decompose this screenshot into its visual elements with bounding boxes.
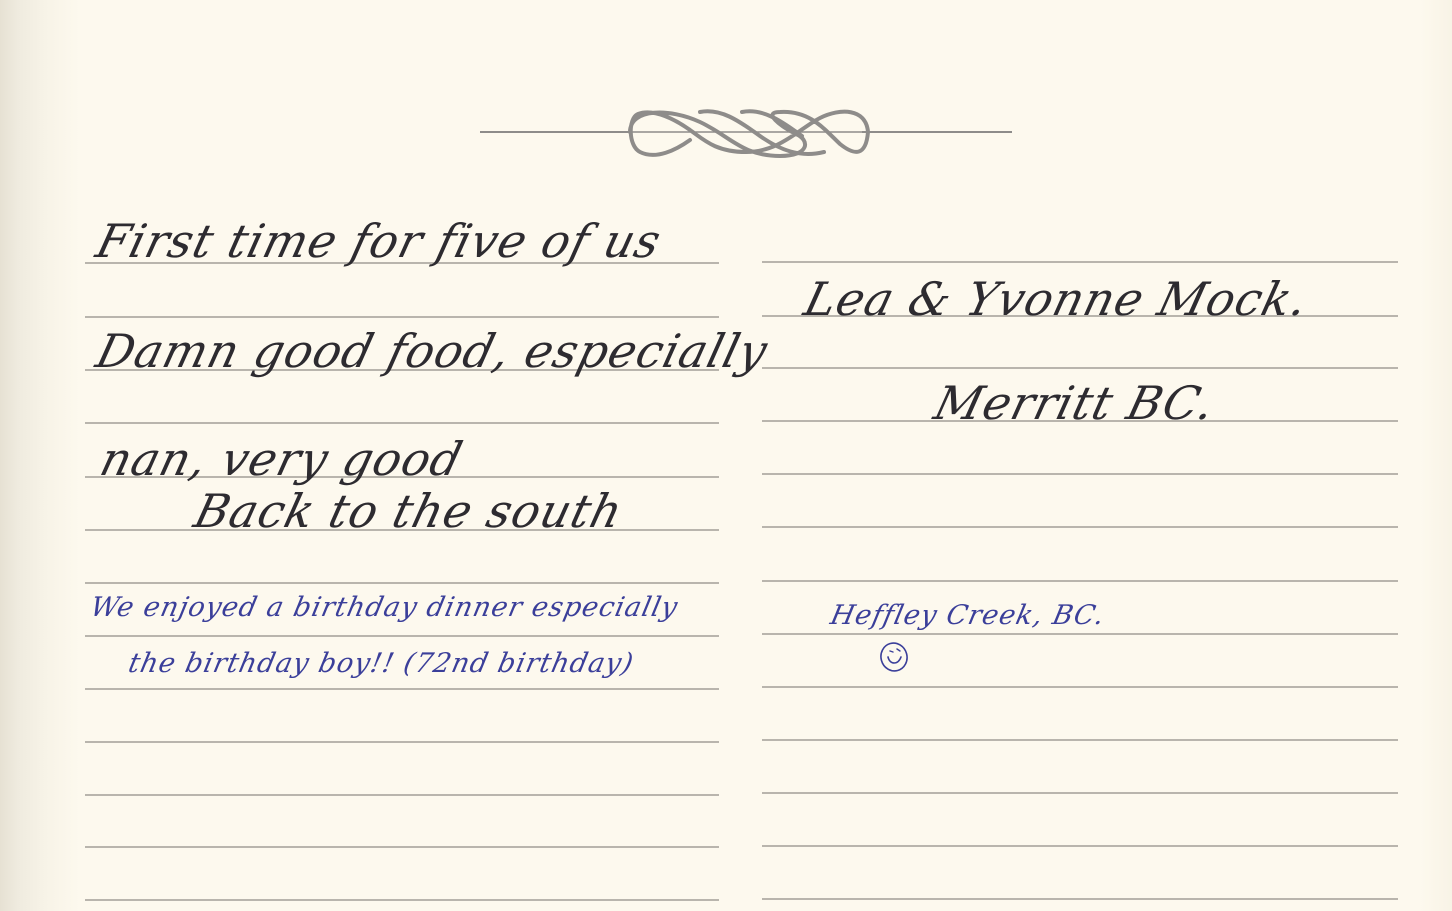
entry-1-comment-line-1: First time for five of us <box>92 218 666 264</box>
ruled-line <box>762 367 1398 369</box>
ruled-line <box>85 635 719 637</box>
entry-1-location: Merritt BC. <box>930 380 1220 426</box>
ruled-line <box>85 794 719 796</box>
ruled-line <box>85 741 719 743</box>
entry-1-comment-line-3: nan, very good <box>96 436 467 482</box>
ruled-line <box>762 580 1398 582</box>
ruled-line <box>762 473 1398 475</box>
entry-2-location: Heffley Creek, BC. <box>828 602 1107 629</box>
right-column <box>762 0 1398 911</box>
ruled-line <box>762 526 1398 528</box>
ruled-line <box>762 792 1398 794</box>
ruled-line <box>85 422 719 424</box>
smiley-face-icon <box>878 637 912 675</box>
ruled-line <box>762 845 1398 847</box>
ruled-line <box>85 316 719 318</box>
guestbook-page: First time for five of us Damn good food… <box>0 0 1452 911</box>
ruled-line <box>85 688 719 690</box>
ruled-line <box>762 898 1398 900</box>
ruled-line <box>762 261 1398 263</box>
entry-2-comment-line-2: the birthday boy!! (72nd birthday) <box>126 650 636 677</box>
entry-1-comment-line-2: Damn good food, especially <box>92 328 772 374</box>
ruled-line <box>85 582 719 584</box>
ruled-line <box>762 739 1398 741</box>
entry-1-comment-line-4: Back to the south <box>190 488 628 534</box>
ruled-line <box>762 633 1398 635</box>
entry-1-name: Lea & Yvonne Mock. <box>800 276 1313 322</box>
ruled-line <box>85 846 719 848</box>
ruled-line <box>85 899 719 901</box>
entry-2-comment-line-1: We enjoyed a birthday dinner especially <box>88 594 681 621</box>
ruled-line <box>762 686 1398 688</box>
